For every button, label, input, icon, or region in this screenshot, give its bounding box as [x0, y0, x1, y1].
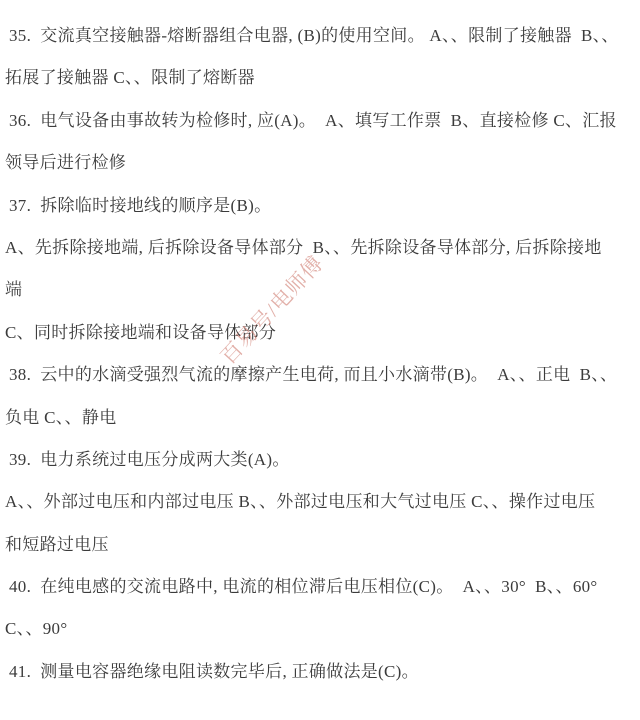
question-35-line1: 35. 交流真空接触器-熔断器组合电器, (B)的使用空间。 A、、限制了接触器…: [0, 15, 640, 57]
question-36-line2: 领导后进行检修: [0, 142, 640, 184]
question-37-options-cont: 端: [0, 269, 640, 311]
document-page: 35. 交流真空接触器-熔断器组合电器, (B)的使用空间。 A、、限制了接触器…: [0, 0, 640, 720]
question-39-options: A、、外部过电压和内部过电压 B、、外部过电压和大气过电压 C、、操作过电压: [0, 481, 640, 523]
question-39-line1: 39. 电力系统过电压分成两大类(A)。: [0, 439, 640, 481]
question-41-line1: 41. 测量电容器绝缘电阻读数完毕后, 正确做法是(C)。: [0, 651, 640, 693]
question-40-line1: 40. 在纯电感的交流电路中, 电流的相位滞后电压相位(C)。 A、、30° B…: [0, 566, 640, 608]
question-38-line1: 38. 云中的水滴受强烈气流的摩擦产生电荷, 而且小水滴带(B)。 A、、正电 …: [0, 354, 640, 396]
question-37-options-ab: A、先拆除接地端, 后拆除设备导体部分 B、、先拆除设备导体部分, 后拆除接地: [0, 227, 640, 269]
question-35-line2: 拓展了接触器 C、、限制了熔断器: [0, 57, 640, 99]
question-37-option-c: C、同时拆除接地端和设备导体部分: [0, 312, 640, 354]
question-39-options-cont: 和短路过电压: [0, 524, 640, 566]
question-38-line2: 负电 C、、静电: [0, 397, 640, 439]
question-40-line2: C、、90°: [0, 608, 640, 650]
question-37-line1: 37. 拆除临时接地线的顺序是(B)。: [0, 185, 640, 227]
question-36-line1: 36. 电气设备由事故转为检修时, 应(A)。 A、填写工作票 B、直接检修 C…: [0, 100, 640, 142]
